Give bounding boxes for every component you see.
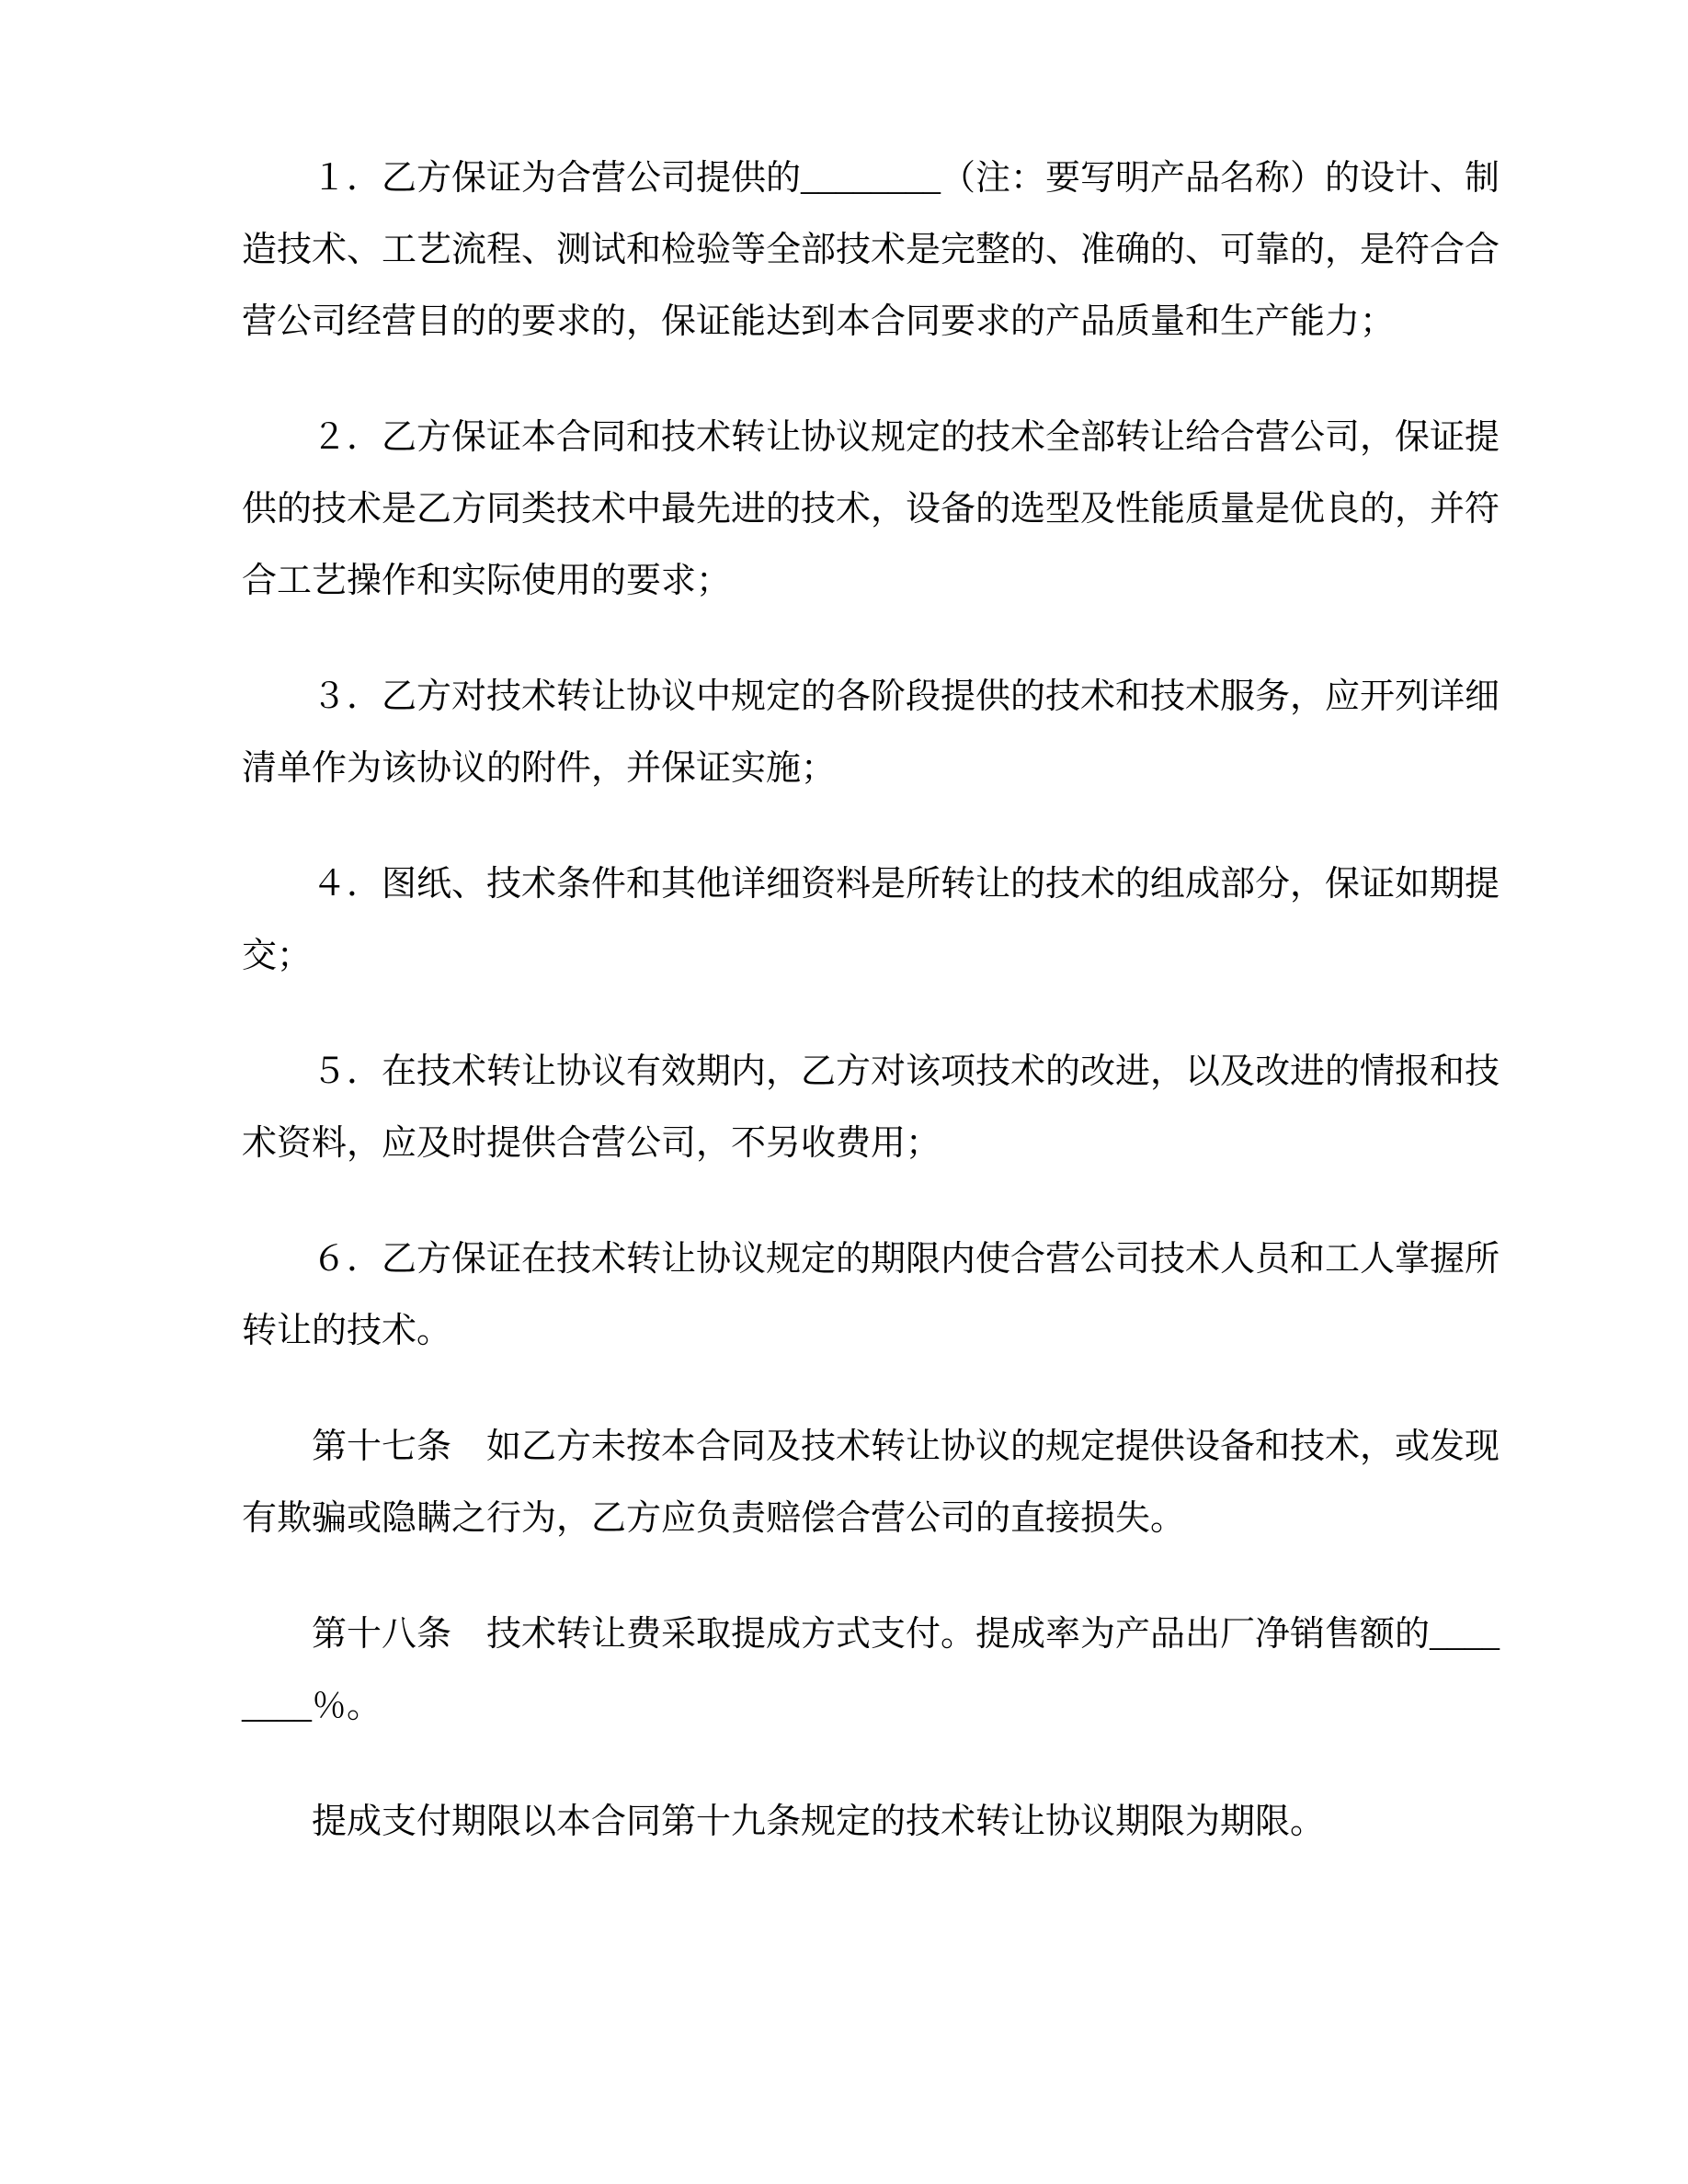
paragraph: 第十八条 技术转让费采取提成方式支付。提成率为产品出厂净销售额的________… [242, 1598, 1512, 1742]
paragraph: 提成支付期限以本合同第十九条规定的技术转让协议期限为期限。 [242, 1786, 1512, 1858]
paragraph: 第十七条 如乙方未按本合同及技术转让协议的规定提供设备和技术，或发现有欺骗或隐瞒… [242, 1411, 1512, 1554]
paragraph: ５．在技术转让协议有效期内，乙方对该项技术的改进，以及改进的情报和技术资料，应及… [242, 1036, 1512, 1179]
document-content: １．乙方保证为合营公司提供的________（注：要写明产品名称）的设计、制造技… [242, 142, 1512, 1858]
document-page: １．乙方保证为合营公司提供的________（注：要写明产品名称）的设计、制造技… [0, 0, 1688, 2184]
paragraph: ６．乙方保证在技术转让协议规定的期限内使合营公司技术人员和工人掌握所转让的技术。 [242, 1223, 1512, 1367]
paragraph: １．乙方保证为合营公司提供的________（注：要写明产品名称）的设计、制造技… [242, 142, 1512, 358]
paragraph: ４．图纸、技术条件和其他详细资料是所转让的技术的组成部分，保证如期提交； [242, 848, 1512, 992]
paragraph: ３．乙方对技术转让协议中规定的各阶段提供的技术和技术服务，应开列详细清单作为该协… [242, 661, 1512, 804]
paragraph: ２．乙方保证本合同和技术转让协议规定的技术全部转让给合营公司，保证提供的技术是乙… [242, 402, 1512, 617]
